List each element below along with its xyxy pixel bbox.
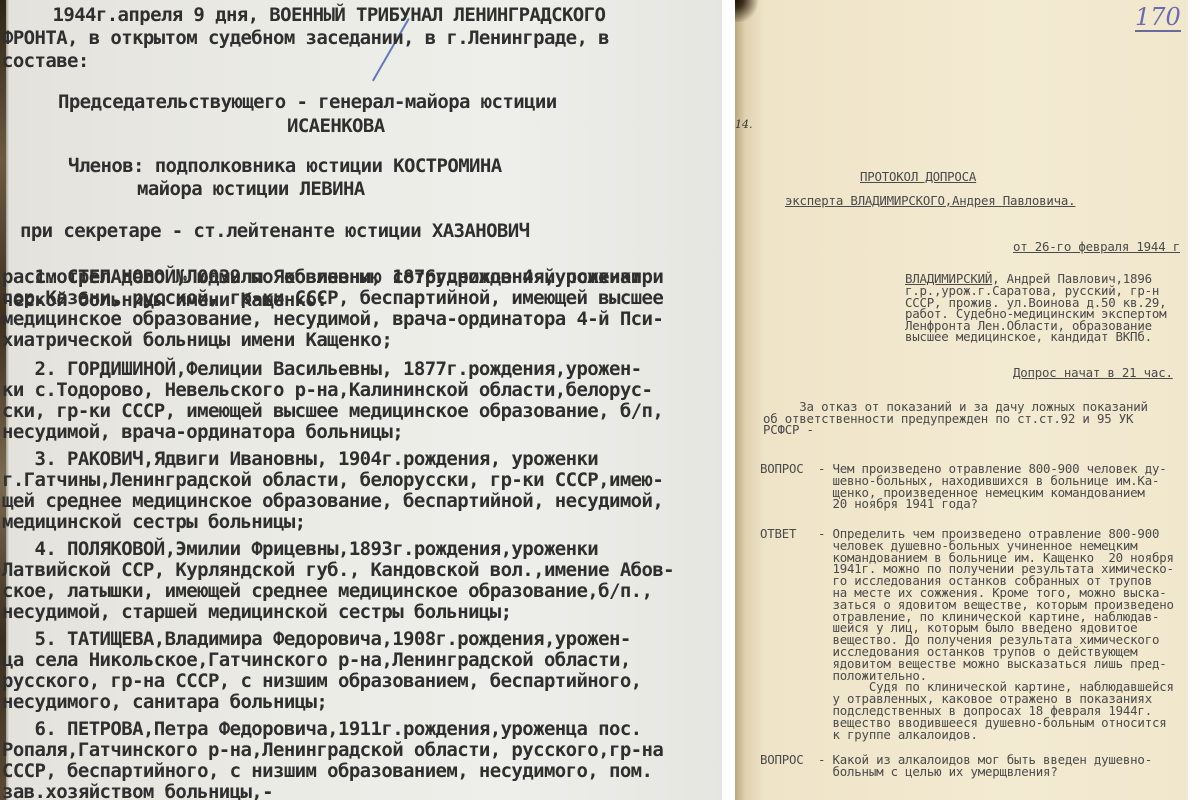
defendant-line: Ропаля,Гатчинского р-на,Ленинградской об… <box>2 741 663 760</box>
qa-line: к группе алкалоидов. <box>818 728 978 741</box>
protocol-title: ПРОТОКОЛ ДОПРОСА <box>860 170 976 183</box>
chairman-line: Председательствующего - генерал-майора ю… <box>58 93 557 112</box>
left-document-page: 1944г.апреля 9 дня, ВОЕННЫЙ ТРИБУНАЛ ЛЕН… <box>0 0 722 800</box>
qa-label: ВОПРОС <box>760 753 804 766</box>
defendant-line: щей среднее медицинское образование, бес… <box>2 492 663 511</box>
protocol-date: от 26-го февраля 1944 г <box>1013 240 1180 253</box>
defendant-line: 5. ТАТИЩЕВА,Владимира Федоровича,1908г.р… <box>2 630 631 649</box>
page-corner-shadow <box>735 0 765 22</box>
defendant-line: несудимого, санитара больницы; <box>2 693 327 712</box>
members-line: майора юстиции ЛЕВИНА <box>137 180 365 199</box>
qa-label: ВОПРОС <box>760 462 804 475</box>
header-line: ФРОНТА, в открытом судебном заседании, в… <box>2 29 609 48</box>
defendant-line: зав.хозяйством больницы,- <box>2 783 273 800</box>
defendant-line: ки с.Тодорово, Невельского р-на,Калининс… <box>2 381 652 400</box>
warning-line: РСФСР - <box>763 423 814 436</box>
defendant-line: Латвийской ССР, Курляндской губ., Кандов… <box>2 561 674 580</box>
defendant-line: ца села Никольское,Гатчинского р-на,Лени… <box>2 651 631 670</box>
members-line: Членов: подполковника юстиции КОСТРОМИНА <box>68 157 502 176</box>
defendant-line: гор.Казани, русской, гр-ки СССР, беспарт… <box>2 289 663 308</box>
secretary-line: при секретаре - ст.лейтенанте юстиции ХА… <box>20 222 529 241</box>
defendant-line: русского, гр-на СССР, с низшим образован… <box>2 672 642 691</box>
header-line: 1944г.апреля 9 дня, ВОЕННЫЙ ТРИБУНАЛ ЛЕН… <box>20 6 605 25</box>
protocol-subtitle: эксперта ВЛАДИМИРСКОГО,Андрея Павловича. <box>785 194 1075 207</box>
defendant-line: медицинское образование, несудимой, врач… <box>2 310 663 329</box>
folio-number: 170 <box>1135 4 1181 32</box>
bio-line: высшее медицинское, кандидат ВКПб. <box>905 330 1152 343</box>
margin-note: 14. <box>735 118 753 131</box>
defendant-line: ски, гр-ки СССР, имеющей высшее медицинс… <box>2 402 663 421</box>
defendant-line: медицинской сестры больницы; <box>2 513 306 532</box>
defendant-line: 1. СТЕПАНОВОЙ,Людмилы Яковлевны, 1876г.р… <box>2 268 642 287</box>
defendant-line: несудимой, врача-ординатора больницы; <box>2 423 403 442</box>
warning-line: об ответственности предупрежден по ст.ст… <box>763 412 1133 425</box>
qa-label: ОТВЕТ <box>760 527 796 540</box>
right-document-page: 170 14. ПРОТОКОЛ ДОПРОСА эксперта ВЛАДИМ… <box>735 0 1188 800</box>
defendant-line: 4. ПОЛЯКОВОЙ,Эмилии Фрицевны,1893г.рожде… <box>2 540 598 559</box>
qa-line: 20 ноября 1941 года? <box>818 497 978 510</box>
header-line: составе: <box>2 52 89 71</box>
defendant-line: 2. ГОРДИШИНОЙ,Фелиции Васильевны, 1877г.… <box>2 360 642 379</box>
defendant-line: ское, латышки, имеющей среднее медицинск… <box>2 582 652 601</box>
chairman-name: ИСАЕНКОВА <box>287 117 385 136</box>
defendant-line: хиатрической больницы имени Кащенко; <box>2 331 392 350</box>
interrogation-start: Допрос начат в 21 час. <box>1013 366 1173 379</box>
qa-line: больным с целью их умерщвления? <box>818 765 1058 778</box>
defendant-line: г.Гатчины,Ленинградской области, белорус… <box>2 471 663 490</box>
defendant-line: несудимой, старшей медицинской сестры бо… <box>2 603 511 622</box>
defendant-line: 6. ПЕТРОВА,Петра Федоровича,1911г.рожден… <box>2 720 642 739</box>
defendant-line: СССР, беспартийного, с низшим образовани… <box>2 762 652 781</box>
defendant-line: 3. РАКОВИЧ,Ядвиги Ивановны, 1904г.рожден… <box>2 450 598 469</box>
